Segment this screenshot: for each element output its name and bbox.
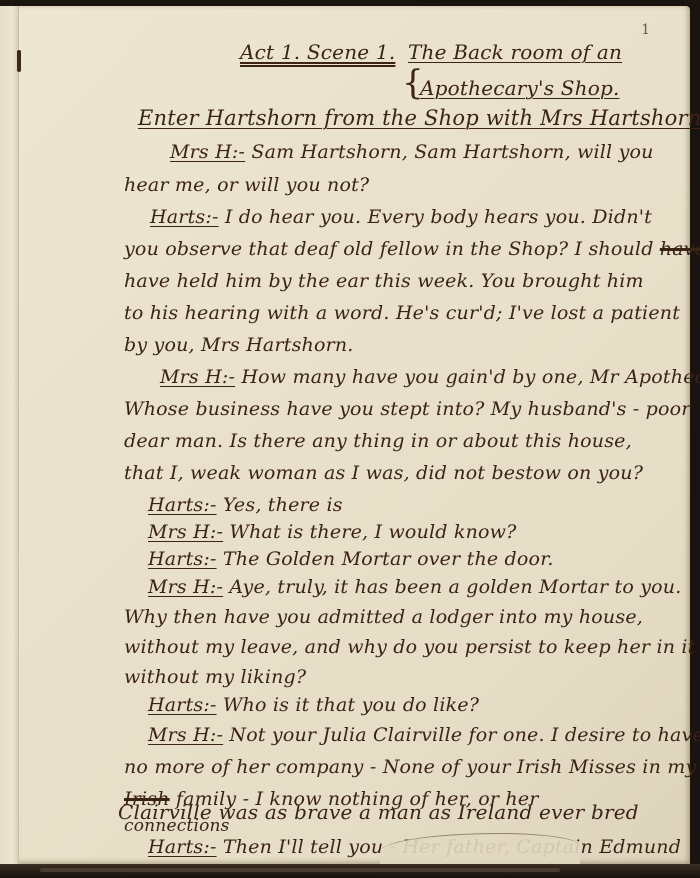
- line-text: Whose business have you stept into? My h…: [124, 398, 691, 420]
- line-text: without my liking?: [124, 666, 306, 688]
- speaker-label: Mrs H:-: [148, 576, 223, 598]
- dialogue-line: have held him by the ear this week. You …: [124, 270, 644, 292]
- dialogue-line: Clairville was as brave a man as Ireland…: [118, 800, 639, 824]
- page-stack-edge: [40, 868, 560, 872]
- dialogue-line: dear man. Is there any thing in or about…: [124, 430, 632, 452]
- line-text: Why then have you admitted a lodger into…: [124, 606, 643, 628]
- speaker-label: Harts:-: [148, 494, 217, 516]
- line-text: Who is it that you do like?: [217, 694, 480, 716]
- line-text: have held him by the ear this week. You …: [124, 270, 644, 292]
- manuscript-page: 1 Act 1. Scene 1. The Back room of an { …: [0, 6, 690, 864]
- setting-line-1: The Back room of an: [408, 40, 622, 64]
- line-text: The Golden Mortar over the door.: [217, 548, 554, 570]
- struck-word: have: [660, 238, 700, 260]
- dialogue-line: Harts:- Yes, there is: [148, 494, 343, 516]
- speaker-label: Harts:-: [150, 206, 219, 228]
- page-gutter: [0, 6, 19, 864]
- line-text: without my leave, and why do you persist…: [124, 636, 696, 658]
- line-text: Not your Julia Clairville for one. I des…: [223, 724, 700, 746]
- speaker-label: Mrs H:-: [148, 724, 223, 746]
- dialogue-line: Harts:- Who is it that you do like?: [148, 694, 479, 716]
- line-text: you observe that deaf old fellow in the …: [124, 238, 654, 260]
- line-text: by you, Mrs Hartshorn.: [124, 334, 354, 356]
- speaker-label: Harts:-: [148, 548, 217, 570]
- speaker-label: Mrs H:-: [160, 366, 235, 388]
- line-text: that I, weak woman as I was, did not bes…: [124, 462, 643, 484]
- dialogue-line: by you, Mrs Hartshorn.: [124, 334, 354, 356]
- dialogue-line: Harts:- The Golden Mortar over the door.: [148, 548, 554, 570]
- dialogue-line: Whose business have you stept into? My h…: [124, 398, 691, 420]
- line-text: hear me, or will you not?: [124, 174, 369, 196]
- dialogue-line: without my liking?: [124, 666, 306, 688]
- dialogue-line: Why then have you admitted a lodger into…: [124, 606, 643, 628]
- line-text: How many have you gain'd by one, Mr Apot…: [235, 366, 700, 388]
- dialogue-line: Mrs H:- Not your Julia Clairville for on…: [148, 724, 700, 746]
- speaker-label: Mrs H:-: [170, 141, 245, 163]
- line-text: Yes, there is: [217, 494, 343, 516]
- dialogue-line: Mrs H:- What is there, I would know?: [148, 521, 517, 543]
- dialogue-line: Mrs H:- Sam Hartshorn, Sam Hartshorn, wi…: [170, 141, 654, 163]
- dialogue-line: Mrs H:- How many have you gain'd by one,…: [160, 366, 700, 388]
- dialogue-line: Harts:- I do hear you. Every body hears …: [150, 206, 652, 228]
- binding-mark: [17, 50, 21, 72]
- line-text: Clairville was as brave a man as Ireland…: [118, 800, 639, 824]
- dialogue-line: you observe that deaf old fellow in the …: [124, 238, 700, 260]
- dialogue-line: that I, weak woman as I was, did not bes…: [124, 462, 643, 484]
- dialogue-line: Mrs H:- Aye, truly, it has been a golden…: [148, 576, 681, 598]
- setting-line-2: Apothecary's Shop.: [420, 76, 620, 100]
- line-text: no more of her company - None of your Ir…: [124, 756, 696, 778]
- dialogue-line: hear me, or will you not?: [124, 174, 369, 196]
- speaker-label: Harts:-: [148, 694, 217, 716]
- dialogue-line: no more of her company - None of your Ir…: [124, 756, 696, 778]
- page-number: 1: [641, 22, 650, 38]
- speaker-label: Harts:-: [148, 836, 217, 858]
- stage-direction: Enter Hartshorn from the Shop with Mrs H…: [138, 106, 700, 130]
- line-text: What is there, I would know?: [223, 521, 516, 543]
- act-scene-heading: Act 1. Scene 1.: [240, 40, 395, 64]
- line-text: to his hearing with a word. He's cur'd; …: [124, 302, 680, 324]
- dialogue-line: to his hearing with a word. He's cur'd; …: [124, 302, 680, 324]
- dialogue-line: without my leave, and why do you persist…: [124, 636, 696, 658]
- line-text: dear man. Is there any thing in or about…: [124, 430, 632, 452]
- speaker-label: Mrs H:-: [148, 521, 223, 543]
- line-text: I do hear you. Every body hears you. Did…: [219, 206, 652, 228]
- line-text: Aye, truly, it has been a golden Mortar …: [223, 576, 681, 598]
- line-text: Sam Hartshorn, Sam Hartshorn, will you: [245, 141, 653, 163]
- manuscript-frame: 1 Act 1. Scene 1. The Back room of an { …: [0, 0, 700, 878]
